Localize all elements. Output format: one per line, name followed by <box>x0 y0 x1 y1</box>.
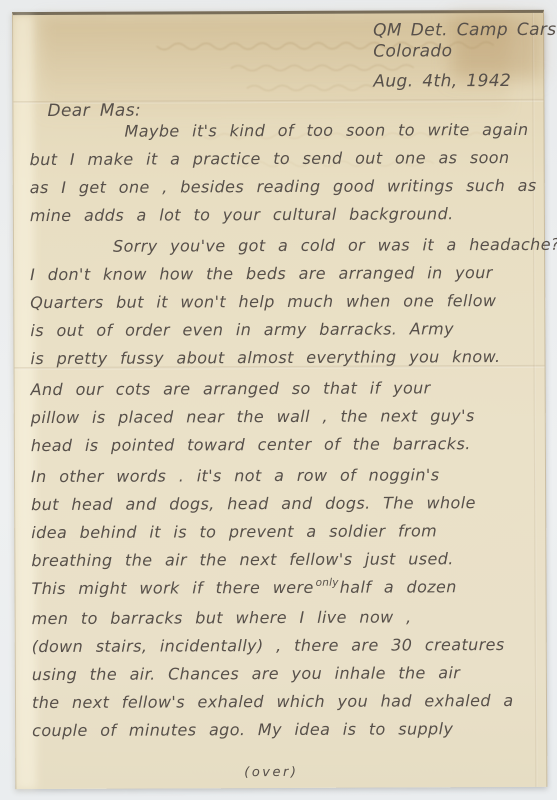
letter-line: men to barracks but where I live now , <box>32 603 540 633</box>
letter-line: mine adds a lot to your cultural backgro… <box>30 200 538 230</box>
letter-line: I don't know how the beds are arranged i… <box>30 259 538 289</box>
letter-line: pillow is placed near the wall , the nex… <box>31 402 539 432</box>
letter-line: (down stairs, incidentally) , there are … <box>32 631 540 661</box>
letter-line: but I make it a practice to send out one… <box>30 144 538 174</box>
inserted-word: only <box>316 577 339 589</box>
letter-line: Quarters but it won't help much when one… <box>30 287 538 317</box>
letter-line: using the air. Chances are you inhale th… <box>32 659 540 689</box>
header-location: Colorado <box>373 41 557 63</box>
letter-line: the next fellow's exhaled which you had … <box>32 687 540 717</box>
letter-paper: QM Det. Camp Carson, Colorado Aug. 4th, … <box>12 10 547 789</box>
letter-header: QM Det. Camp Carson, Colorado Aug. 4th, … <box>373 20 557 93</box>
letter-line: This might work if there wereonlyhalf a … <box>31 573 539 605</box>
letter-line: as I get one , besides reading good writ… <box>30 172 538 202</box>
letter-line: is out of order even in army barracks. A… <box>30 315 538 345</box>
letter-line: Sorry you've got a cold or was it a head… <box>30 231 538 261</box>
scan-background: QM Det. Camp Carson, Colorado Aug. 4th, … <box>0 0 557 800</box>
line-text: half a dozen <box>340 577 457 597</box>
letter-line: is pretty fussy about almost everything … <box>30 343 538 373</box>
letter-line: In other words . it's not a row of noggi… <box>31 461 539 491</box>
line-text: This might work if there were <box>31 578 313 598</box>
page-turn-note: (over) <box>16 764 526 781</box>
letter-body: Maybe it's kind of too soon to write aga… <box>29 116 540 745</box>
letter-line: head is pointed toward center of the bar… <box>31 430 539 460</box>
letter-date: Aug. 4th, 1942 <box>373 71 557 93</box>
letter-line: breathing the air the next fellow's just… <box>31 545 539 575</box>
header-unit: QM Det. Camp Carson, <box>373 20 557 42</box>
letter-line: but head and dogs, head and dogs. The wh… <box>31 489 539 519</box>
letter-line: couple of minutes ago. My idea is to sup… <box>32 715 540 745</box>
letter-line: idea behind it is to prevent a soldier f… <box>31 517 539 547</box>
letter-line: Maybe it's kind of too soon to write aga… <box>29 116 537 146</box>
letter-line: And our cots are arranged so that if you… <box>31 374 539 404</box>
